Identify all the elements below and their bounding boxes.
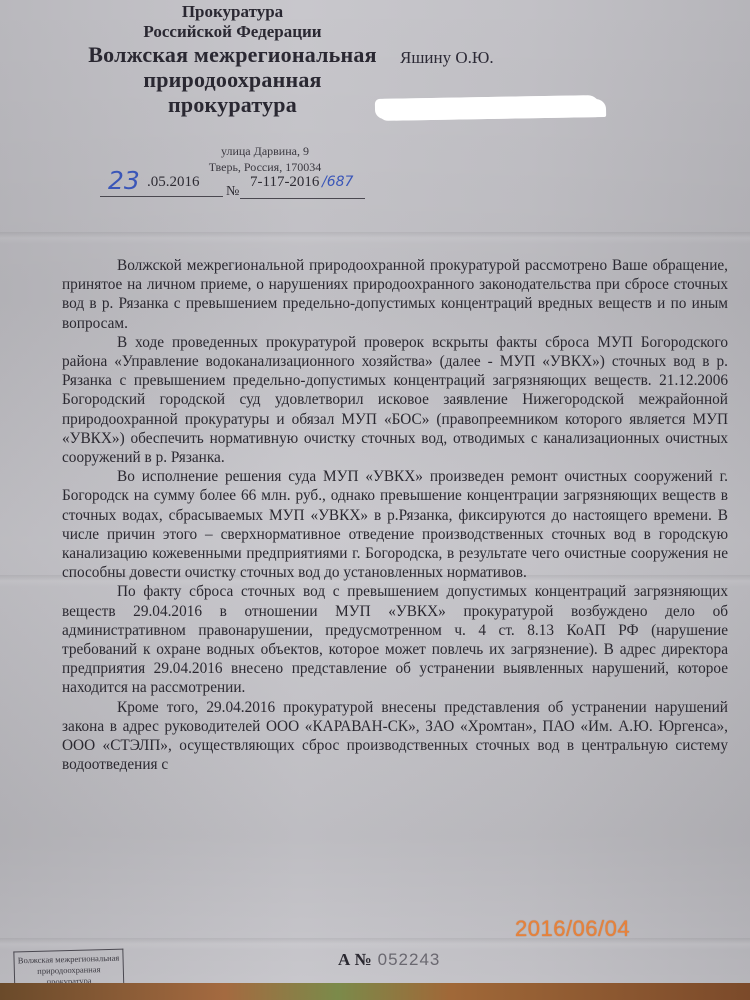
letterhead: Прокуратура Российской Федерации Волжска… <box>60 2 405 117</box>
letterhead-line: Прокуратура <box>60 2 405 22</box>
form-number-digits: 052243 <box>378 950 441 969</box>
letterhead-org-name: природоохранная <box>60 67 405 92</box>
background-table-surface <box>0 983 750 1000</box>
body-paragraph: Волжской межрегиональной природоохранной… <box>62 256 728 333</box>
body-paragraph: Во исполнение решения суда МУП «УВКХ» пр… <box>62 467 728 582</box>
recipient-name: Яшину О.Ю. <box>400 48 494 68</box>
letterhead-org-name: Волжская межрегиональная <box>60 42 405 67</box>
form-number-prefix: А № <box>338 950 372 969</box>
number-sign: № <box>226 184 239 200</box>
redacted-address <box>378 95 600 121</box>
handwritten-reference-suffix: /687 <box>322 174 353 190</box>
form-serial-number: А №052243 <box>338 950 440 970</box>
letter-body: Волжской межрегиональной природоохранной… <box>62 256 728 774</box>
reference-line: 23 .05.2016 № 7-117-2016 /687 <box>100 170 360 198</box>
address-street: улица Дарвина, 9 <box>150 143 380 159</box>
letter-page: Прокуратура Российской Федерации Волжска… <box>0 0 750 983</box>
body-paragraph: В ходе проведенных прокуратурой проверок… <box>62 333 728 467</box>
body-paragraph: Кроме того, 29.04.2016 прокуратурой внес… <box>62 698 728 775</box>
handwritten-date-day: 23 <box>108 166 140 195</box>
body-paragraph: По факту сброса сточных вод с превышение… <box>62 582 728 697</box>
date-underline <box>100 196 223 197</box>
number-underline <box>240 198 365 199</box>
reference-number: 7-117-2016 <box>250 174 319 191</box>
printed-date: .05.2016 <box>147 174 200 191</box>
letterhead-org-name: прокуратура <box>60 92 405 117</box>
paper-fold <box>0 232 750 244</box>
photo-timestamp: 2016/06/04 <box>515 916 630 942</box>
letterhead-line: Российской Федерации <box>60 22 405 42</box>
